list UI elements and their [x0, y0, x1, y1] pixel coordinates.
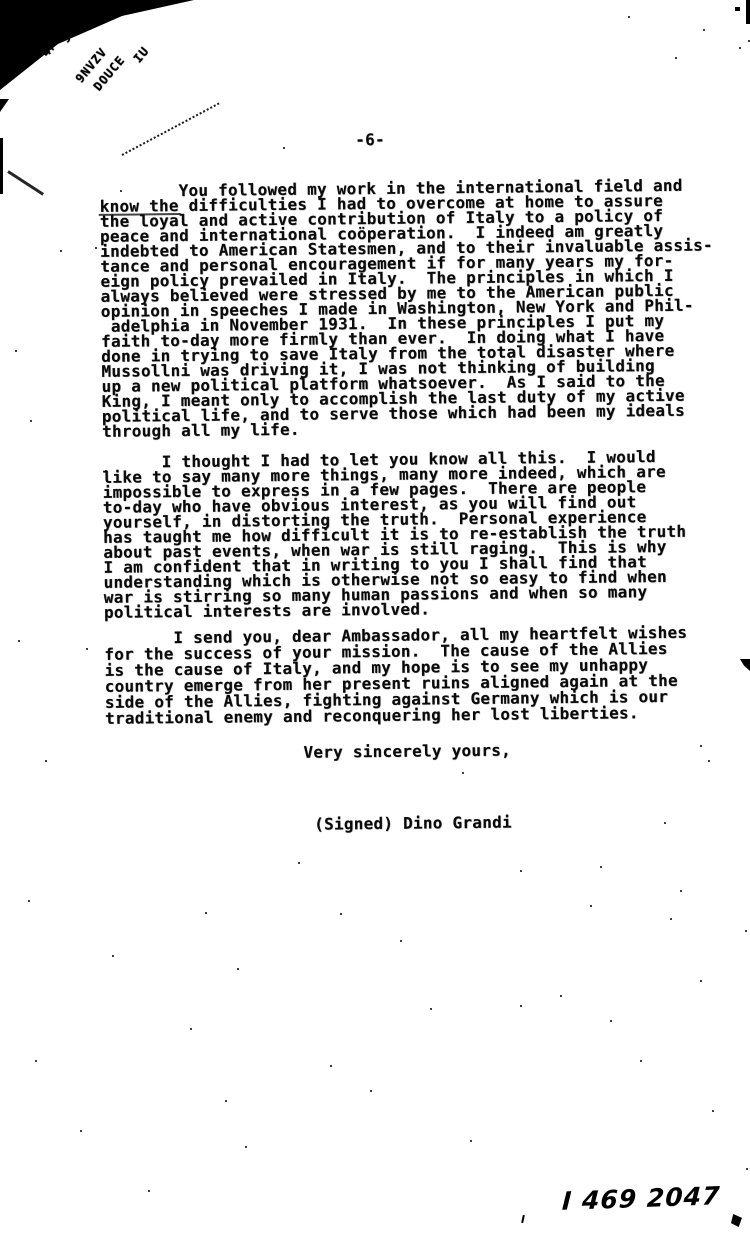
speckle [190, 1028, 192, 1030]
speckle [45, 760, 47, 762]
speckle [675, 57, 677, 59]
speckle [520, 870, 522, 872]
speckle [708, 760, 710, 762]
corner-stamp: 4P 9c?) 9NVZV DOUCE IU [0, 0, 200, 130]
speckle [28, 900, 30, 902]
speckle [148, 1190, 150, 1192]
scan-edge-mark [746, 0, 750, 24]
speckle [225, 1100, 227, 1102]
scratch-mark [0, 138, 3, 194]
speckle [712, 1110, 714, 1112]
speckle [18, 640, 20, 642]
speckle [560, 995, 562, 997]
speckle [703, 29, 705, 31]
speckle [430, 1008, 432, 1010]
speckle [746, 1168, 748, 1170]
paragraph: You followed my work in the internationa… [99, 177, 714, 438]
speckle [120, 190, 122, 192]
speckle [35, 1060, 37, 1062]
typed-content: -6- You followed my work in the internat… [0, 0, 750, 1238]
scan-edge-mark [735, 7, 740, 11]
scanned-letter-page: -6- You followed my work in the internat… [0, 0, 750, 1238]
speckle [462, 772, 464, 774]
handwritten-reference: I 469 2047 [561, 1181, 721, 1216]
speckle [205, 912, 207, 914]
speckle [330, 1065, 332, 1067]
speckle [340, 913, 342, 915]
page-number: -6- [0, 127, 745, 153]
speckle [245, 1146, 247, 1148]
speckle [60, 250, 62, 252]
speckle [745, 930, 747, 932]
paragraph: I send you, dear Ambassador, all my hear… [104, 625, 688, 727]
speckle [640, 1060, 642, 1062]
speckle [628, 16, 630, 18]
speckle [298, 862, 300, 864]
speckle [400, 940, 402, 942]
closing-line: Very sincerely yours, [303, 743, 511, 760]
speckle [680, 890, 682, 892]
speckle [112, 955, 114, 957]
speckle [95, 247, 97, 249]
speckle [237, 968, 239, 970]
speckle [105, 470, 107, 472]
speckle [664, 822, 666, 824]
speckle [15, 350, 17, 352]
paragraph: I thought I had to let you know all this… [102, 449, 687, 620]
stamp-line: 4P [39, 38, 60, 60]
speckle [370, 1090, 372, 1092]
stamp-line: 9c?) [59, 11, 91, 45]
speckle [520, 1005, 522, 1007]
speckle [470, 1140, 472, 1142]
speckle [670, 918, 672, 920]
speckle [610, 1020, 612, 1022]
speckle [739, 47, 741, 49]
speckle [700, 980, 702, 982]
speckle [283, 147, 285, 149]
speckle [540, 647, 542, 649]
speckle [590, 905, 592, 907]
speckle [700, 745, 702, 747]
stamp-line: IU [131, 44, 152, 66]
signature-line: (Signed) Dino Grandi [314, 815, 512, 832]
speckle [80, 1130, 82, 1132]
speckle [30, 420, 32, 422]
speckle [86, 648, 88, 650]
speckle [600, 866, 602, 868]
